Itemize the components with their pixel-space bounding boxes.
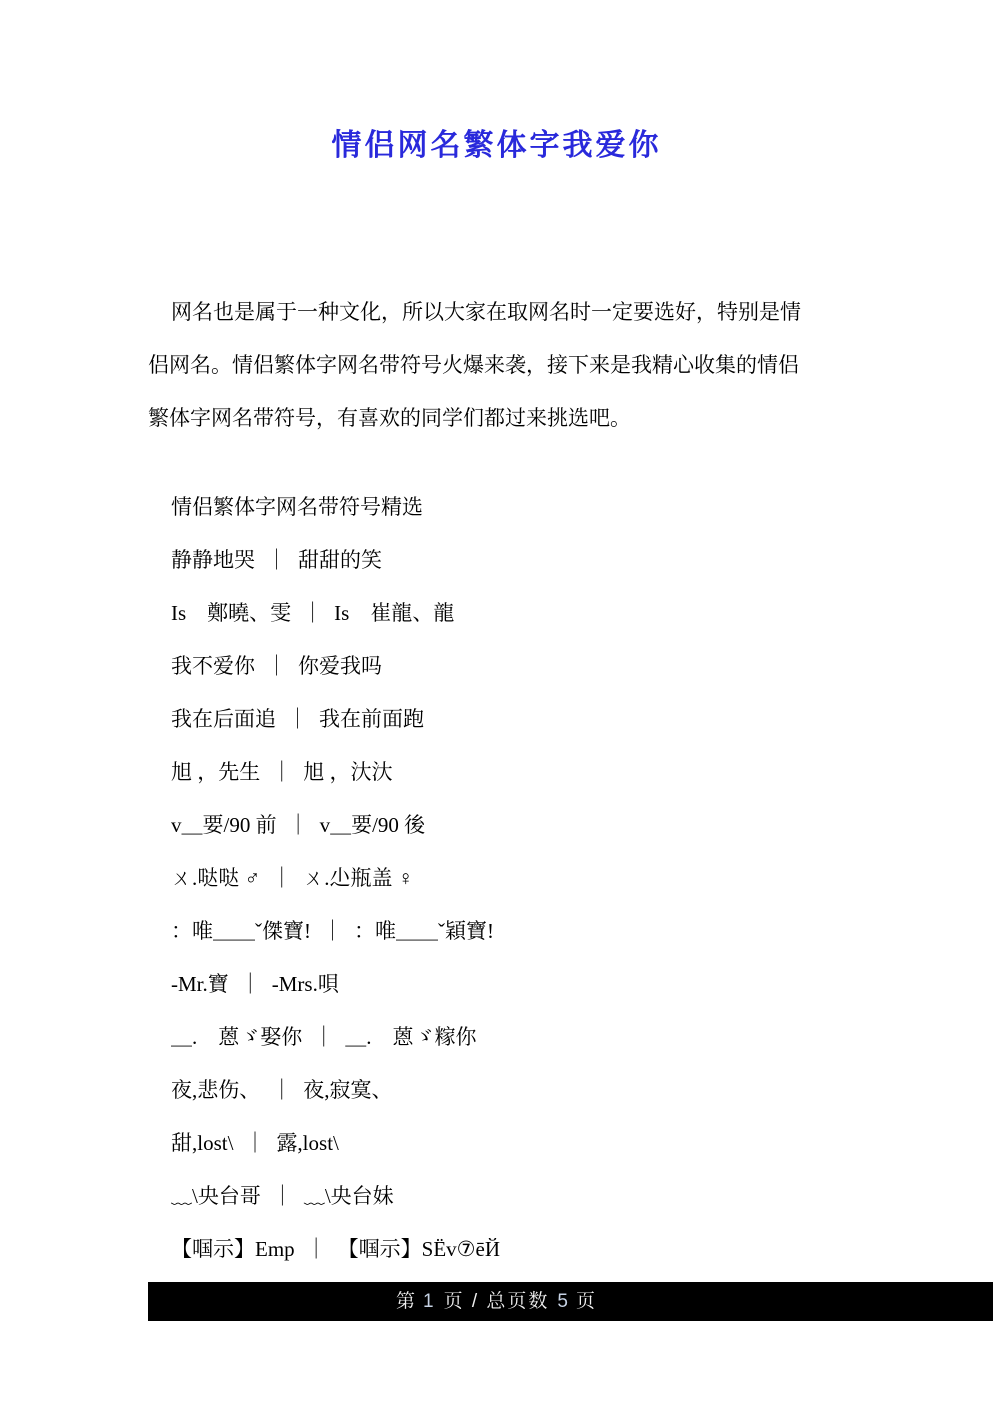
pair-separator: ｜ [271,760,292,784]
intro-line: 繁体字网名带符号，有喜欢的同学们都过来挑选吧。 [148,392,873,445]
list-item: v＿要/90 前｜v＿要/90 後 [171,799,993,852]
name-right: 【啯示】SЁv⑦ēЙ [338,1237,500,1261]
name-left: ：唯＿＿ˇ傑寶! [171,919,311,943]
pair-separator: ｜ [288,813,309,837]
pair-separator: ｜ [271,866,292,890]
name-left: 【啯示】Emp [171,1237,295,1261]
footer-middle: 页 / 总页数 [442,1291,552,1312]
pair-separator: ｜ [322,919,343,943]
pair-separator: ｜ [302,601,323,625]
list-item: Is 鄭曉、雯｜Is 崔龍、龍 [171,587,993,640]
list-item: 我在后面追｜我在前面跑 [171,693,993,746]
list-item: -Mr.寶｜-Mrs.唄 [171,958,993,1011]
pair-separator: ｜ [313,1025,334,1049]
list-item: ＿. 蒽ゞ娶你｜＿. 蒽ゞ糘你 [171,1011,993,1064]
name-right: ：唯＿＿ˇ穎寶! [354,919,494,943]
document-page: 情侣网名繁体字我爱你 网名也是属于一种文化，所以大家在取网名时一定要选好，特别是… [0,0,993,1404]
pair-separator: ｜ [240,972,261,996]
name-right: 我在前面跑 [319,707,424,731]
name-right: ﹏\央台妹 [304,1184,394,1208]
list-item: 【啯示】Emp｜【啯示】SЁv⑦ēЙ [171,1223,993,1276]
name-left: ㄨ.哒哒 ♂ [171,866,260,890]
couple-name-list: 情侣繁体字网名带符号精选 静静地哭｜甜甜的笑 Is 鄭曉、雯｜Is 崔龍、龍 我… [171,481,993,1276]
name-left: ＿. 蒽ゞ娶你 [171,1025,302,1049]
pair-separator: ｜ [266,548,287,572]
name-left: 我不爱你 [171,654,255,678]
pair-separator: ｜ [266,654,287,678]
total-pages-number: 5 [551,1291,576,1312]
intro-line: 网名也是属于一种文化，所以大家在取网名时一定要选好，特别是情 [148,286,873,339]
name-left: v＿要/90 前 [171,813,277,837]
name-left: 我在后面追 [171,707,276,731]
name-left: 甜,lost\ [171,1131,233,1155]
current-page-number: 1 [417,1291,442,1312]
list-section-title: 情侣繁体字网名带符号精选 [171,481,993,534]
name-right: ＿. 蒽ゞ糘你 [345,1025,476,1049]
list-item: 夜,悲伤、｜夜,寂寞、 [171,1064,993,1117]
name-right: -Mrs.唄 [272,972,339,996]
name-right: 甜甜的笑 [298,548,382,572]
pair-separator: ｜ [272,1184,293,1208]
page-title: 情侣网名繁体字我爱你 [0,128,993,164]
list-item: ﹏\央台哥｜﹏\央台妹 [171,1170,993,1223]
intro-line: 侣网名。情侣繁体字网名带符号火爆来袭，接下来是我精心收集的情侣 [148,339,873,392]
pair-separator: ｜ [287,707,308,731]
name-right: ㄨ.尐瓶盖 ♀ [303,866,413,890]
list-item: 我不爱你｜你爱我吗 [171,640,993,693]
footer-prefix: 第 [396,1291,417,1312]
footer-suffix: 页 [576,1291,597,1312]
name-left: 夜,悲伤、 [171,1078,260,1102]
list-item: ：唯＿＿ˇ傑寶!｜：唯＿＿ˇ穎寶! [171,905,993,958]
pair-separator: ｜ [271,1078,292,1102]
name-left: Is 鄭曉、雯 [171,601,291,625]
list-item: 甜,lost\｜露,lost\ [171,1117,993,1170]
name-left: 旭 ，先生 [171,760,260,784]
pair-separator: ｜ [306,1237,327,1261]
name-right: 夜,寂寞、 [303,1078,392,1102]
list-item: 静静地哭｜甜甜的笑 [171,534,993,587]
page-indicator: 第1页 / 总页数5页 [0,1282,993,1321]
list-item: 旭 ，先生｜旭 ，汏汏 [171,746,993,799]
name-left: ﹏\央台哥 [171,1184,261,1208]
intro-paragraph: 网名也是属于一种文化，所以大家在取网名时一定要选好，特别是情 侣网名。情侣繁体字… [148,286,873,445]
list-item: ㄨ.哒哒 ♂｜ㄨ.尐瓶盖 ♀ [171,852,993,905]
name-right: Is 崔龍、龍 [334,601,454,625]
pair-separator: ｜ [244,1131,265,1155]
name-right: 露,lost\ [276,1131,338,1155]
name-left: -Mr.寶 [171,972,229,996]
name-right: 旭 ，汏汏 [303,760,392,784]
name-left: 静静地哭 [171,548,255,572]
name-right: v＿要/90 後 [320,813,426,837]
name-right: 你爱我吗 [298,654,382,678]
page-footer: 第1页 / 总页数5页 [0,1282,993,1321]
